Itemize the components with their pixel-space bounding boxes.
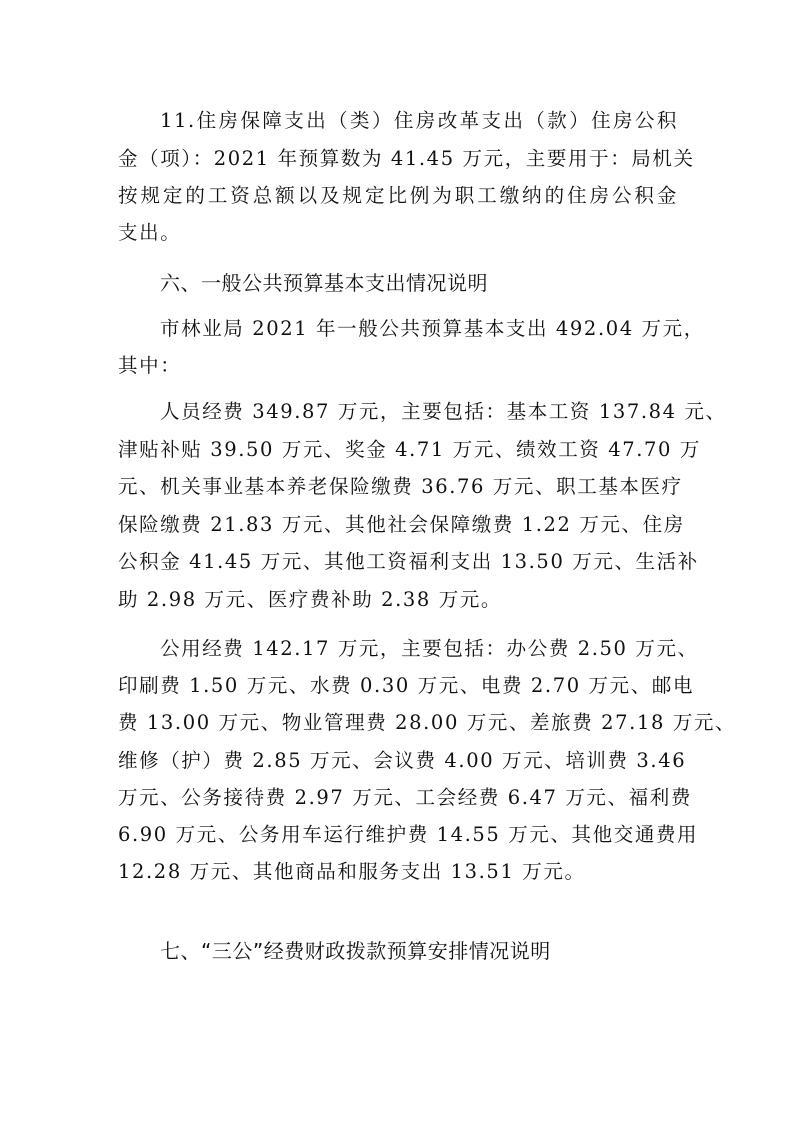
section-heading: 七、“三公”经费财政拨款预算安排情况说明 <box>160 938 551 964</box>
paragraph-line: 按规定的工资总额以及规定比例为职工缴纳的住房公积金 <box>118 183 678 209</box>
paragraph-line: 市林业局 2021 年一般公共预算基本支出 492.04 万元， <box>160 316 678 342</box>
paragraph-line: 12.28 万元、其他商品和服务支出 13.51 万元。 <box>118 859 678 885</box>
paragraph-line: 公积金 41.45 万元、其他工资福利支出 13.50 万元、生活补 <box>118 549 678 575</box>
paragraph-line: 6.90 万元、公务用车运行维护费 14.55 万元、其他交通费用 <box>118 822 678 848</box>
paragraph-line: 维修（护）费 2.85 万元、会议费 4.00 万元、培训费 3.46 <box>118 748 678 774</box>
paragraph-line: 11.住房保障支出（类）住房改革支出（款）住房公积 <box>160 108 678 134</box>
paragraph-line: 金（项）：2021 年预算数为 41.45 万元，主要用于：局机关 <box>118 146 678 172</box>
paragraph-line: 元、机关事业基本养老保险缴费 36.76 万元、职工基本医疗 <box>118 474 678 500</box>
paragraph-line: 万元、公务接待费 2.97 万元、工会经费 6.47 万元、福利费 <box>118 785 678 811</box>
paragraph-line: 津贴补贴 39.50 万元、奖金 4.71 万元、绩效工资 47.70 万 <box>118 437 678 463</box>
paragraph-line: 公用经费 142.17 万元，主要包括：办公费 2.50 万元、 <box>160 636 678 662</box>
paragraph-line: 助 2.98 万元、医疗费补助 2.38 万元。 <box>118 587 678 613</box>
paragraph-line: 人员经费 349.87 万元，主要包括：基本工资 137.84 元、 <box>160 399 678 425</box>
paragraph-line: 保险缴费 21.83 万元、其他社会保障缴费 1.22 万元、住房 <box>118 512 678 538</box>
document-page: 11.住房保障支出（类）住房改革支出（款）住房公积 金（项）：2021 年预算数… <box>0 0 793 1122</box>
paragraph-line: 支出。 <box>118 220 678 246</box>
paragraph-line: 印刷费 1.50 万元、水费 0.30 万元、电费 2.70 万元、邮电 <box>118 673 678 699</box>
paragraph-line: 其中： <box>118 353 678 379</box>
section-heading: 六、一般公共预算基本支出情况说明 <box>160 270 488 296</box>
paragraph-line: 费 13.00 万元、物业管理费 28.00 万元、差旅费 27.18 万元、 <box>118 710 678 736</box>
